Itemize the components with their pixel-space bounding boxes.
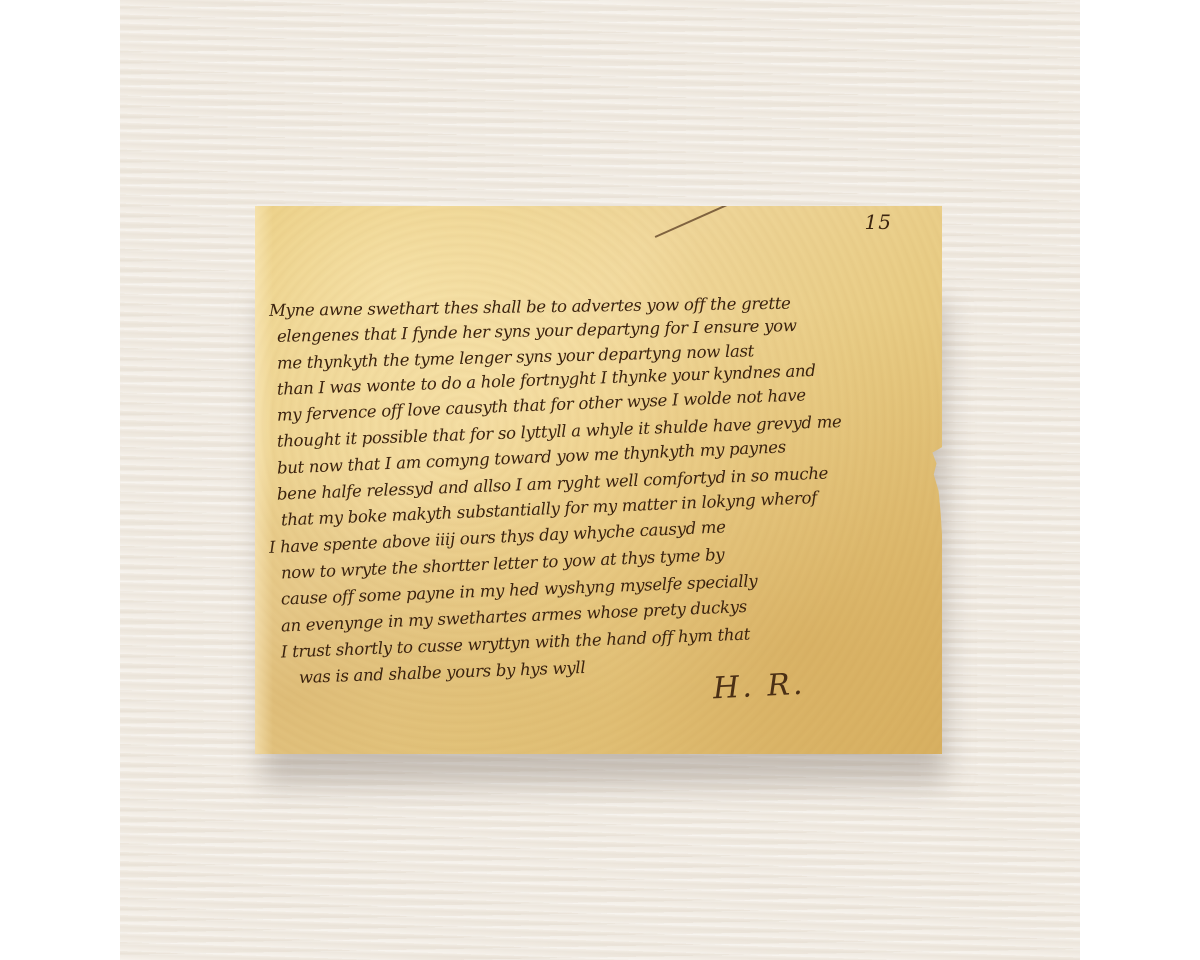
letter-body: Myne awne swethart thes shall be to adve… — [269, 298, 934, 692]
canvas: 15 Myne awne swethart thes shall be to a… — [0, 0, 1200, 960]
signature-monogram: H. R. — [712, 667, 806, 707]
manuscript-page: 15 Myne awne swethart thes shall be to a… — [255, 206, 942, 754]
folio-number: 15 — [865, 210, 892, 234]
pen-stroke-mark — [655, 206, 774, 237]
